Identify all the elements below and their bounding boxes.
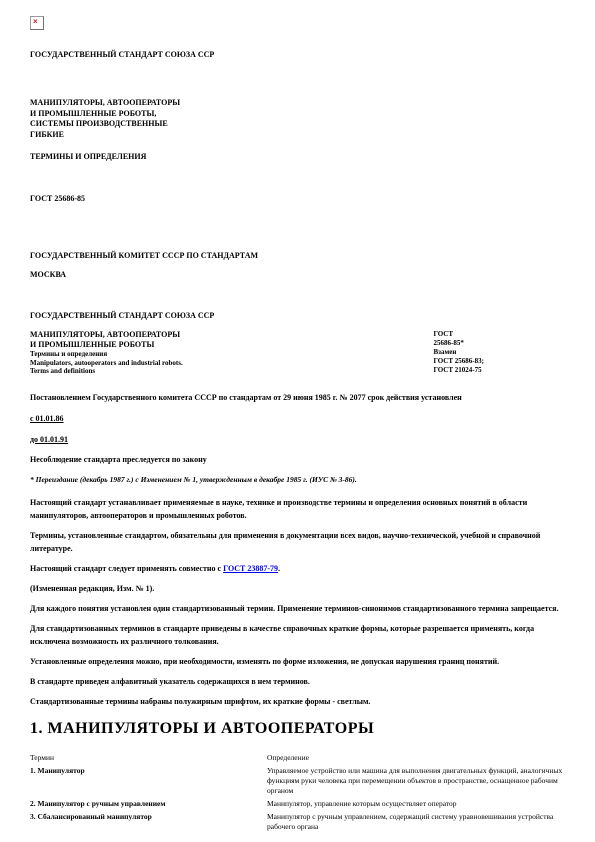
committee-line: ГОСУДАРСТВЕННЫЙ КОМИТЕТ СССР ПО СТАНДАРТ… [30, 251, 568, 261]
info-right-line-5: ГОСТ 21024-75 [434, 366, 569, 375]
gost-23887-79-link[interactable]: ГОСТ 23887-79 [223, 564, 278, 573]
term-2: 2. Манипулятор с ручным управлением [30, 799, 267, 809]
info-right-line-2: 25686-85* [434, 339, 569, 348]
info-right-line-4: ГОСТ 25686-83; [434, 357, 569, 366]
broken-image-icon: × [30, 16, 44, 30]
document-page: × ГОСУДАРСТВЕННЫЙ СТАНДАРТ СОЮЗА ССР МАН… [0, 0, 595, 842]
title-line-2: И ПРОМЫШЛЕННЫЕ РОБОТЫ, [30, 109, 568, 120]
law-enforcement-line: Несоблюдение стандарта преследуется по з… [30, 453, 568, 466]
terms-definitions-subtitle: ТЕРМИНЫ И ОПРЕДЕЛЕНИЯ [30, 152, 568, 162]
state-standard-line: ГОСУДАРСТВЕННЫЙ СТАНДАРТ СОЮЗА ССР [30, 50, 568, 60]
title-line-4: ГИБКИЕ [30, 130, 568, 141]
term-3: 3. Сбалансированный манипулятор [30, 812, 267, 832]
link-paragraph-before: Настоящий стандарт следует применять сов… [30, 564, 223, 573]
section-1-heading: 1. МАНИПУЛЯТОРЫ И АВТООПЕРАТОРЫ [30, 719, 568, 738]
term-1: 1. Манипулятор [30, 766, 267, 796]
effective-date-from: с 01.01.86 [30, 412, 568, 425]
info-right-line-1: ГОСТ [434, 330, 569, 339]
effective-date-to: до 01.01.91 [30, 433, 568, 446]
info-title-en-1: Manipulators, autooperators and industri… [30, 359, 434, 368]
intro-paragraph-2: Термины, установленные стандартом, обяза… [30, 529, 567, 555]
info-subtitle-ru: Термины и определения [30, 350, 434, 359]
standard-info-table: МАНИПУЛЯТОРЫ, АВТООПЕРАТОРЫ И ПРОМЫШЛЕНН… [30, 330, 568, 376]
intro-paragraph-1: Настоящий стандарт устанавливает применя… [30, 496, 567, 522]
state-standard-line-2: ГОСУДАРСТВЕННЫЙ СТАНДАРТ СОЮЗА ССР [30, 311, 568, 321]
city-line: МОСКВА [30, 270, 568, 280]
link-paragraph: Настоящий стандарт следует применять сов… [30, 562, 567, 575]
definition-1: Управляемое устройство или машина для вы… [267, 766, 567, 796]
title-line-3: СИСТЕМЫ ПРОИЗВОДСТВЕННЫЕ [30, 119, 568, 130]
standard-info-left: МАНИПУЛЯТОРЫ, АВТООПЕРАТОРЫ И ПРОМЫШЛЕНН… [30, 330, 434, 376]
definitions-column-header: Определение [267, 753, 567, 763]
resolution-paragraph: Постановлением Государственного комитета… [30, 391, 567, 404]
terms-column-header: Термин [30, 753, 267, 763]
info-right-line-3: Взамен [434, 348, 569, 357]
definition-3: Манипулятор с ручным управлением, содерж… [267, 812, 567, 832]
title-line-1: МАНИПУЛЯТОРЫ, АВТООПЕРАТОРЫ [30, 98, 568, 109]
info-title-en-2: Terms and definitions [30, 367, 434, 376]
document-title-block: МАНИПУЛЯТОРЫ, АВТООПЕРАТОРЫ И ПРОМЫШЛЕНН… [30, 98, 568, 140]
body-paragraph-2: Для стандартизованных терминов в стандар… [30, 622, 567, 648]
info-title-ru-2: И ПРОМЫШЛЕННЫЕ РОБОТЫ [30, 340, 434, 350]
info-title-ru-1: МАНИПУЛЯТОРЫ, АВТООПЕРАТОРЫ [30, 330, 434, 340]
standard-info-right: ГОСТ 25686-85* Взамен ГОСТ 25686-83; ГОС… [434, 330, 569, 375]
body-paragraph-5: Стандартизованные термины набраны полужи… [30, 695, 567, 708]
terms-table: Термин Определение 1. Манипулятор Управл… [30, 753, 567, 832]
body-paragraph-4: В стандарте приведен алфавитный указател… [30, 675, 567, 688]
definition-2: Манипулятор, управление которым осуществ… [267, 799, 567, 809]
reissue-note: * Переиздание (декабрь 1987 г.) с Измене… [30, 474, 567, 486]
broken-image-x-glyph: × [33, 17, 38, 27]
body-paragraph-3: Установленные определения можно, при нео… [30, 655, 567, 668]
amendment-note: (Измененная редакция, Изм. № 1). [30, 582, 567, 595]
body-paragraph-1: Для каждого понятия установлен один стан… [30, 602, 567, 615]
gost-number: ГОСТ 25686-85 [30, 194, 568, 204]
link-paragraph-after: . [278, 564, 280, 573]
